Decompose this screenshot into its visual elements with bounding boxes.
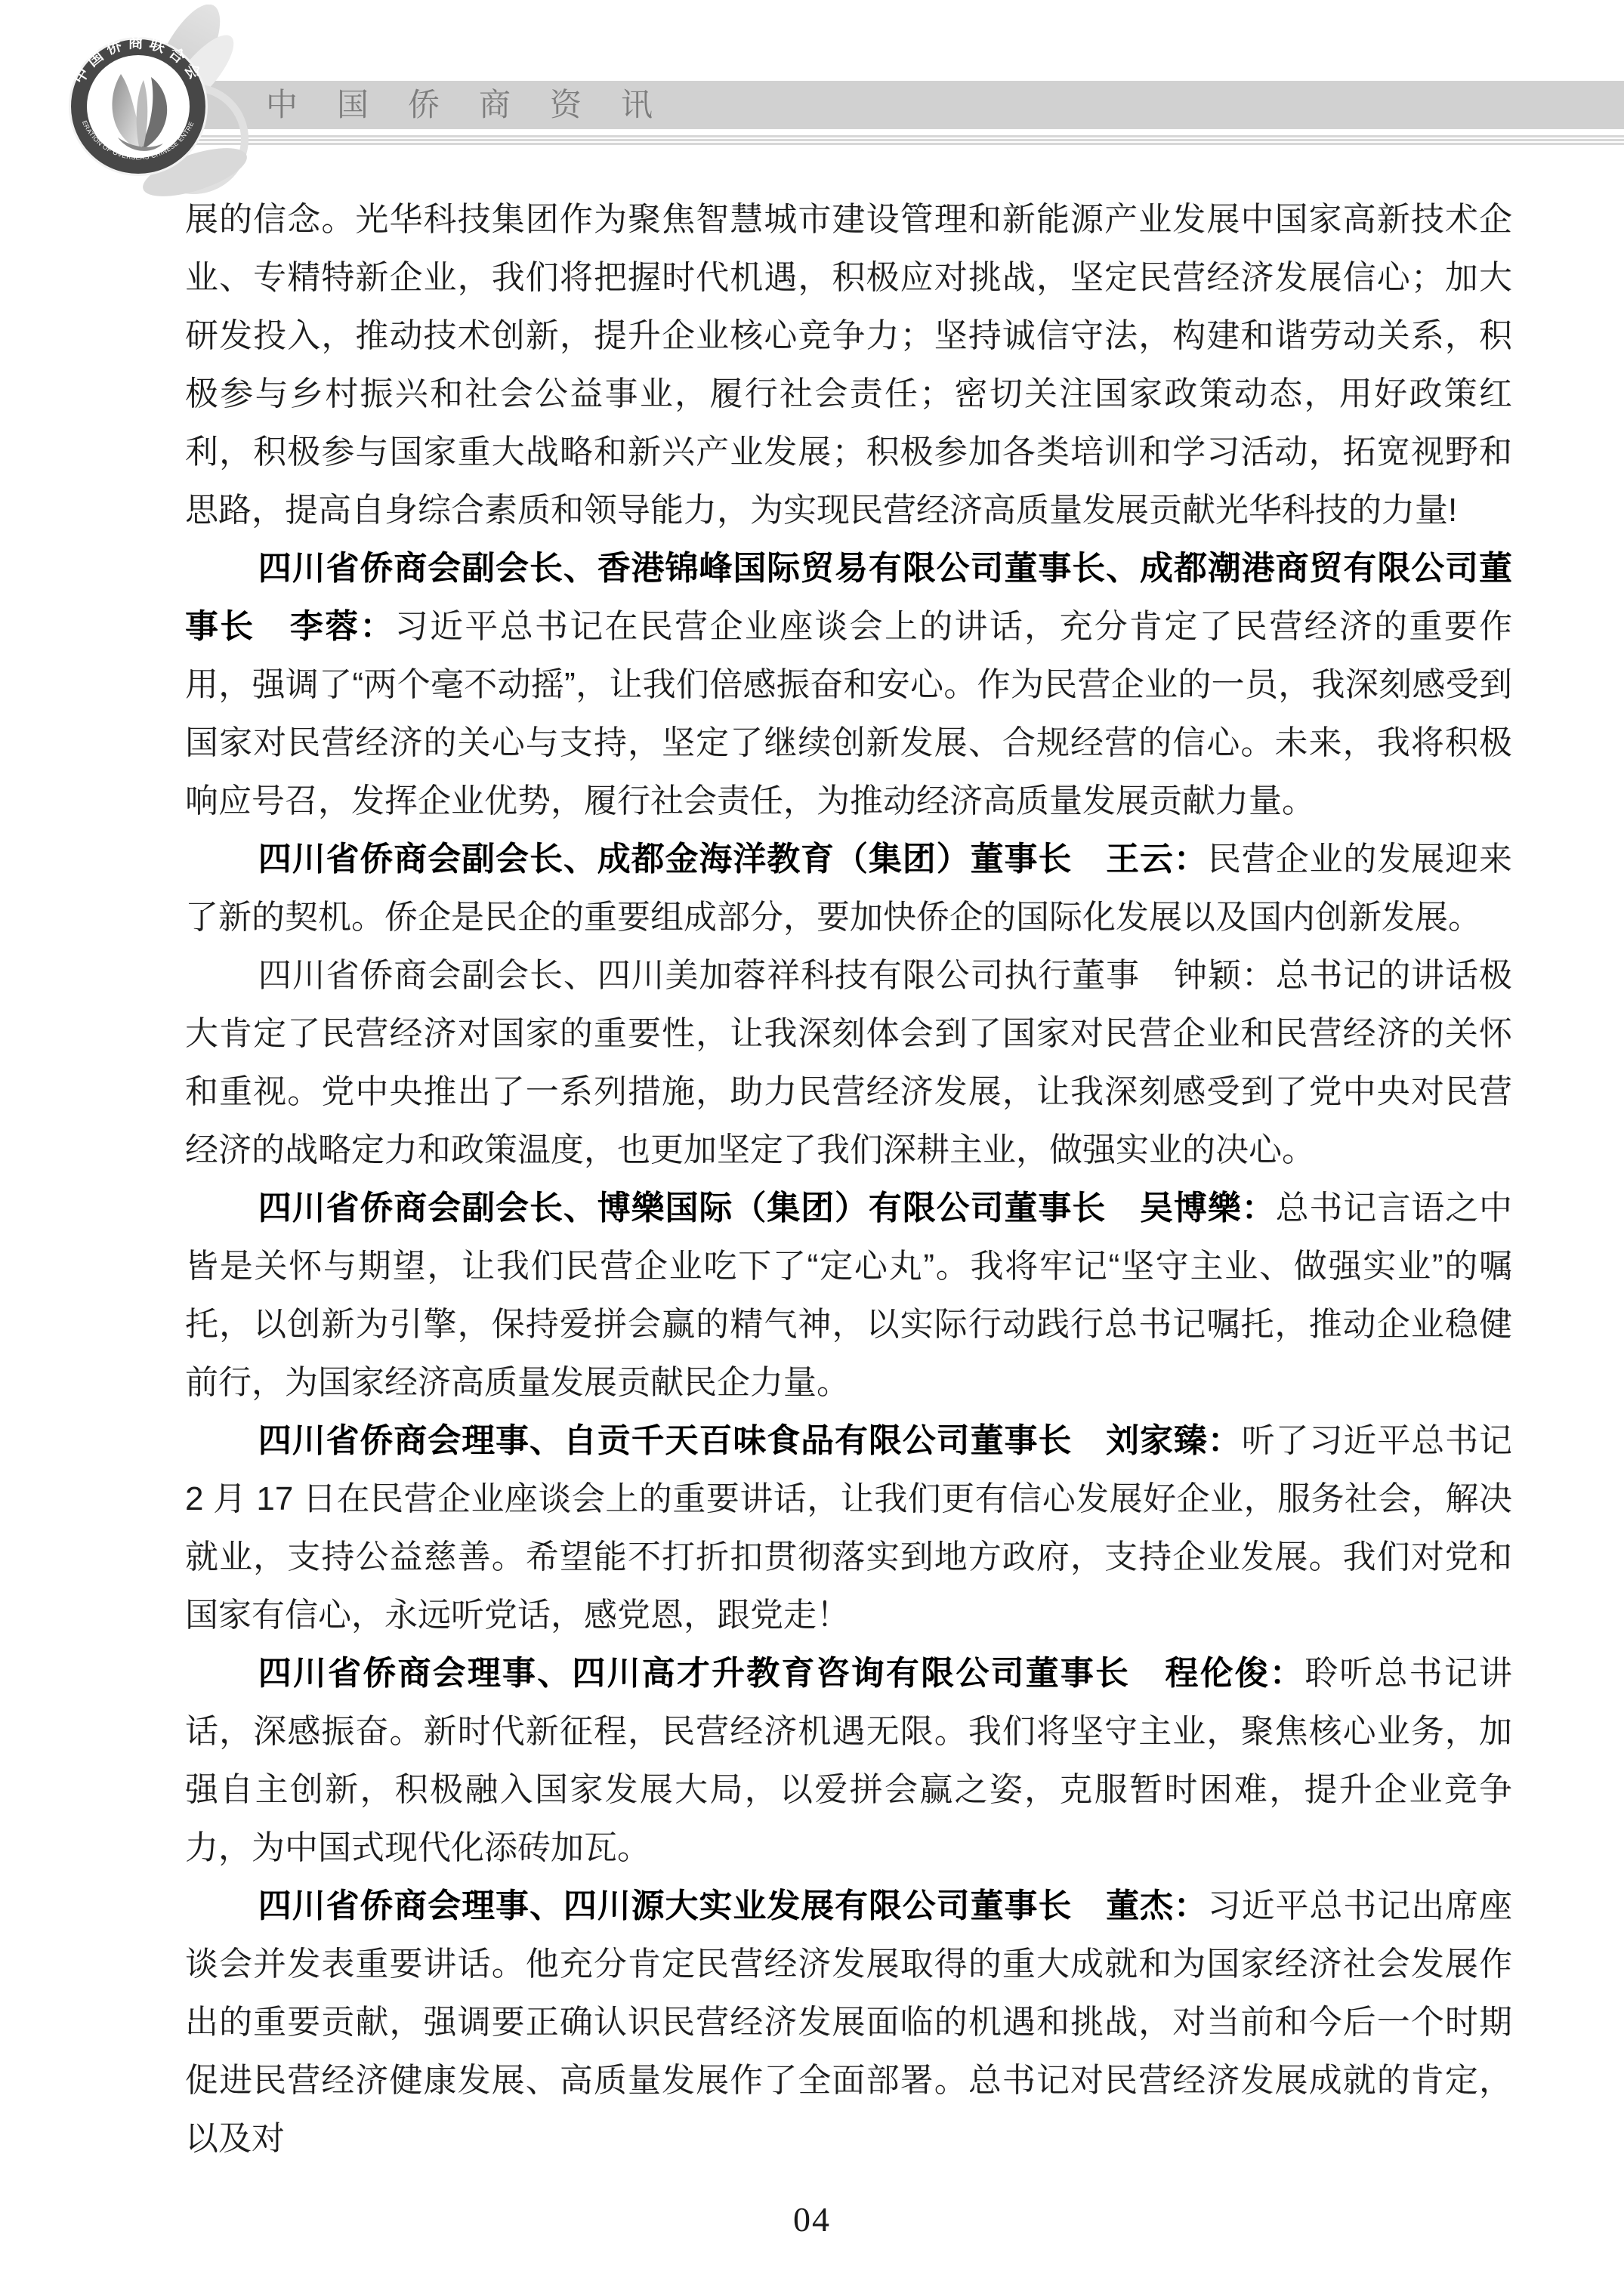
paragraph-dong-jie: 四川省侨商会理事、四川源大实业发展有限公司董事长 董杰：习近平总书记出席座谈会并… xyxy=(185,1877,1512,2168)
federation-logo: 中国侨商联合会 CHINA FEDERATION OF OVERSEAS CHI… xyxy=(29,5,278,202)
federation-logo-icon: 中国侨商联合会 CHINA FEDERATION OF OVERSEAS CHI… xyxy=(29,5,278,202)
speaker-lead: 四川省侨商会理事、自贡千天百味食品有限公司董事长 刘家臻： xyxy=(258,1422,1242,1459)
article-body: 展的信念。光华科技集团作为聚焦智慧城市建设管理和新能源产业发展中国家高新技术企业… xyxy=(185,190,1512,2168)
paragraph-cheng-lunjun: 四川省侨商会理事、四川高才升教育咨询有限公司董事长 程伦俊：聆听总书记讲话，深感… xyxy=(185,1644,1512,1877)
paragraph-wu-bole: 四川省侨商会副会长、博樂国际（集团）有限公司董事长 吴博樂：总书记言语之中皆是关… xyxy=(185,1179,1512,1412)
header-stripes xyxy=(172,135,1624,146)
magazine-page: 中国侨商资讯 xyxy=(0,0,1624,2293)
paragraph-zhong-ying: 四川省侨商会副会长、四川美加蓉祥科技有限公司执行董事 钟颖：总书记的讲话极大肯定… xyxy=(185,946,1512,1179)
speaker-lead: 四川省侨商会理事、四川源大实业发展有限公司董事长 董杰： xyxy=(258,1887,1208,1924)
paragraph-wang-yun: 四川省侨商会副会长、成都金海洋教育（集团）董事长 王云：民营企业的发展迎来了新的… xyxy=(185,830,1512,946)
speech-text: 展的信念。光华科技集团作为聚焦智慧城市建设管理和新能源产业发展中国家高新技术企业… xyxy=(185,201,1512,529)
speaker-lead: 四川省侨商会副会长、成都金海洋教育（集团）董事长 王云： xyxy=(258,841,1208,878)
page-number: 04 xyxy=(0,2199,1624,2239)
speaker-lead: 四川省侨商会副会长、博樂国际（集团）有限公司董事长 吴博樂： xyxy=(258,1190,1276,1227)
paragraph-li-rong: 四川省侨商会副会长、香港锦峰国际贸易有限公司董事长、成都潮港商贸有限公司董事长 … xyxy=(185,539,1512,830)
speaker-lead: 四川省侨商会理事、四川高才升教育咨询有限公司董事长 程伦俊： xyxy=(258,1655,1304,1692)
paragraph-liu-jiazhen: 四川省侨商会理事、自贡千天百味食品有限公司董事长 刘家臻：听了习近平总书记 2 … xyxy=(185,1412,1512,1644)
speech-text: 习近平总书记出席座谈会并发表重要讲话。他充分肯定民营经济发展取得的重大成就和为国… xyxy=(185,1887,1512,2157)
paragraph-continuation: 展的信念。光华科技集团作为聚焦智慧城市建设管理和新能源产业发展中国家高新技术企业… xyxy=(185,190,1512,539)
speech-text: 四川省侨商会副会长、四川美加蓉祥科技有限公司执行董事 钟颖：总书记的讲话极大肯定… xyxy=(185,957,1512,1168)
journal-title: 中国侨商资讯 xyxy=(266,88,692,122)
